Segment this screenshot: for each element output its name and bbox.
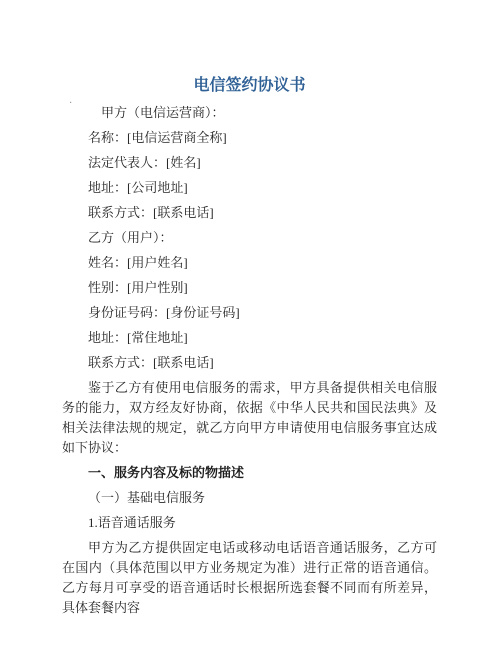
party-b-field-id-number: 身份证号码：[身份证号码] xyxy=(62,303,437,323)
party-a-heading: 甲方（电信运营商）： xyxy=(62,103,437,123)
section-1-heading: 一、服务内容及标的物描述 xyxy=(62,463,437,483)
party-a-field-legal-rep: 法定代表人：[姓名] xyxy=(62,153,437,173)
party-a-field-contact: 联系方式：[联系电话] xyxy=(62,203,437,223)
party-b-field-gender: 性别：[用户性别] xyxy=(62,278,437,298)
document-content: 电信签约协议书 甲方（电信运营商）： 名称：[电信运营商全称] 法定代表人：[姓… xyxy=(62,76,437,623)
document-title: 电信签约协议书 xyxy=(62,76,437,96)
party-b-heading: 乙方（用户）： xyxy=(62,228,437,248)
preamble-paragraph: 鉴于乙方有使用电信服务的需求，甲方具备提供相关电信服务的能力，双方经友好协商，依… xyxy=(62,378,437,458)
party-a-field-address: 地址：[公司地址] xyxy=(62,178,437,198)
section-1-subheading: （一）基础电信服务 xyxy=(62,488,437,508)
section-1-item-heading: 1.语音通话服务 xyxy=(62,513,437,533)
party-a-field-name: 名称：[电信运营商全称] xyxy=(62,128,437,148)
document-page: · 电信签约协议书 甲方（电信运营商）： 名称：[电信运营商全称] 法定代表人：… xyxy=(0,0,500,647)
section-1-body-paragraph: 甲方为乙方提供固定电话或移动电话语音通话服务，乙方可在国内（具体范围以甲方业务规… xyxy=(62,538,437,618)
party-b-field-contact: 联系方式：[联系电话] xyxy=(62,353,437,373)
party-b-field-address: 地址：[常住地址] xyxy=(62,328,437,348)
party-b-field-name: 姓名：[用户姓名] xyxy=(62,253,437,273)
